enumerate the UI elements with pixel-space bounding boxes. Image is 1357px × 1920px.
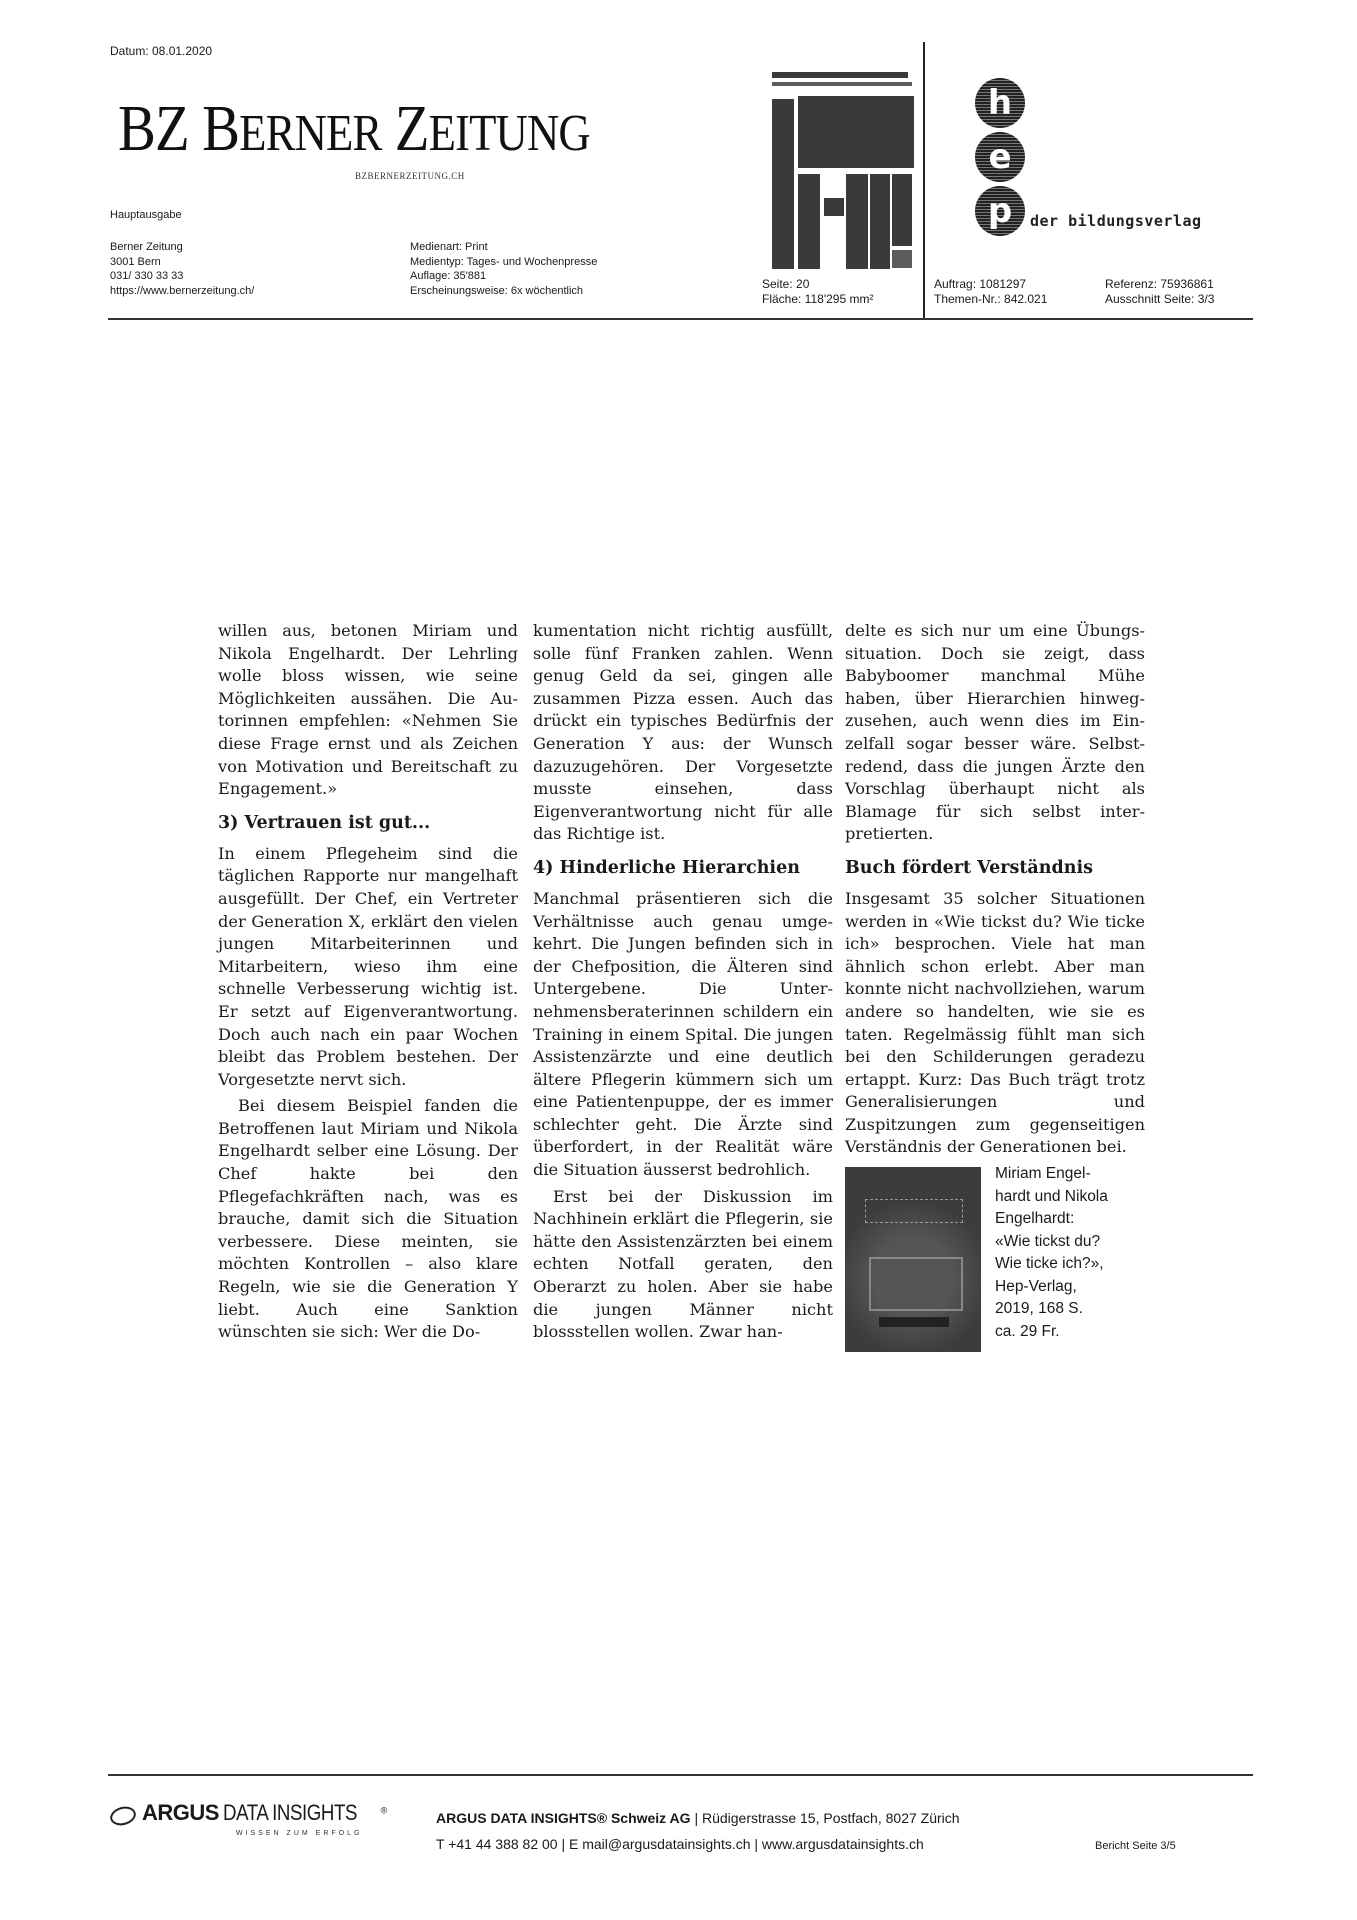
paragraph: Insgesamt 35 solcher Situatio­nen werden…: [845, 888, 1145, 1159]
masthead-z: Z: [395, 92, 429, 165]
publisher-url: https://www.bernerzeitung.ch/: [110, 284, 254, 299]
eye-icon: [108, 1804, 138, 1828]
order-number: Auftrag: 1081297: [934, 277, 1047, 292]
section-heading: 4) Hinderliche Hierarchien: [533, 856, 833, 880]
caption-line: Wie ticke ich?»,: [995, 1253, 1108, 1276]
book-caption: Miriam Engel- hardt und Nikola Engelhard…: [995, 1163, 1108, 1352]
book-cover-image: [845, 1167, 981, 1352]
media-info: Medienart: Print Medientyp: Tages- und W…: [410, 240, 597, 298]
hep-circle-e: e: [975, 132, 1025, 182]
article-column-3: delte es sich nur um eine Übungs­situati…: [845, 620, 1145, 1352]
article-column-1: willen aus, betonen Miriam und Nikola En…: [218, 620, 518, 1344]
logo-bold-text: ARGUS: [142, 1800, 219, 1825]
publisher-city: 3001 Bern: [110, 255, 254, 270]
book-info: Miriam Engel- hardt und Nikola Engelhard…: [845, 1167, 1145, 1352]
reference-number: Referenz: 75936861: [1105, 277, 1214, 292]
paragraph: Manchmal präsentieren sich die Verhältni…: [533, 888, 833, 1182]
paragraph: kumentation nicht richtig aus­füllt, sol…: [533, 620, 833, 846]
edition-label: Hauptausgabe: [110, 209, 182, 221]
caption-line: Engelhardt:: [995, 1208, 1108, 1231]
footer-contact: T +41 44 388 82 00 | E mail@argusdatains…: [436, 1836, 924, 1852]
footer-rule: [108, 1774, 1253, 1776]
media-typ: Medientyp: Tages- und Wochenpresse: [410, 255, 597, 270]
hep-tagline: der bildungsverlag: [1030, 212, 1202, 230]
newspaper-masthead: BZ BERNER ZEITUNG: [118, 96, 590, 167]
paragraph: Erst bei der Diskussion im Nachhinein er…: [533, 1186, 833, 1344]
footer-address: ARGUS DATA INSIGHTS® Schweiz AG | Rüdige…: [436, 1810, 960, 1826]
header-divider: [923, 42, 925, 320]
paragraph: In einem Pflegeheim sind die täglichen R…: [218, 843, 518, 1092]
page-thumbnail: [764, 44, 916, 258]
page-number: Seite: 20: [762, 277, 873, 292]
masthead-b: B: [202, 92, 239, 165]
registered-mark: ®: [381, 1806, 388, 1816]
date-label: Datum: 08.01.2020: [110, 44, 212, 58]
report-page: Bericht Seite 3/5: [1095, 1840, 1176, 1852]
caption-line: ca. 29 Fr.: [995, 1321, 1108, 1344]
publisher-name: Berner Zeitung: [110, 240, 254, 255]
reference-info: Referenz: 75936861 Ausschnitt Seite: 3/3: [1105, 277, 1214, 307]
hep-logo: h e p: [975, 78, 1025, 240]
logo-thin-text: DATA INSIGHTS: [223, 1800, 357, 1826]
paragraph: Bei diesem Beispiel fanden die Betroffen…: [218, 1095, 518, 1344]
section-heading: 3) Vertrauen ist gut...: [218, 811, 518, 835]
masthead-url: BZBERNERZEITUNG.CH: [355, 171, 465, 181]
paragraph: delte es sich nur um eine Übungs­situati…: [845, 620, 1145, 846]
caption-line: «Wie tickst du?: [995, 1231, 1108, 1254]
hep-circle-h: h: [975, 78, 1025, 128]
argus-slogan: WISSEN ZUM ERFOLG: [236, 1830, 362, 1837]
header-rule: [108, 318, 1253, 320]
article-column-2: kumentation nicht richtig aus­füllt, sol…: [533, 620, 833, 1344]
topic-number: Themen-Nr.: 842.021: [934, 292, 1047, 307]
publisher-info: Berner Zeitung 3001 Bern 031/ 330 33 33 …: [110, 240, 254, 298]
paragraph: willen aus, betonen Miriam und Nikola En…: [218, 620, 518, 801]
page-info: Seite: 20 Fläche: 118'295 mm²: [762, 277, 873, 307]
publisher-phone: 031/ 330 33 33: [110, 269, 254, 284]
media-erscheinung: Erscheinungsweise: 6x wöchentlich: [410, 284, 597, 299]
masthead-bz: BZ: [118, 92, 189, 165]
page-area: Fläche: 118'295 mm²: [762, 292, 873, 307]
section-heading: Buch fördert Verständnis: [845, 856, 1145, 880]
media-auflage: Auflage: 35'881: [410, 269, 597, 284]
clipping-page: Ausschnitt Seite: 3/3: [1105, 292, 1214, 307]
company-name: ARGUS DATA INSIGHTS® Schweiz AG: [436, 1810, 691, 1826]
masthead-eitung: EITUNG: [429, 105, 590, 162]
hep-circle-p: p: [975, 186, 1025, 236]
masthead-erner: ERNER: [239, 105, 381, 162]
company-address: | Rüdigerstrasse 15, Postfach, 8027 Züri…: [691, 1810, 960, 1826]
caption-line: Miriam Engel-: [995, 1163, 1108, 1186]
caption-line: 2019, 168 S.: [995, 1298, 1108, 1321]
argus-logo: ARGUS DATA INSIGHTS®: [110, 1800, 387, 1826]
order-info: Auftrag: 1081297 Themen-Nr.: 842.021: [934, 277, 1047, 307]
media-art: Medienart: Print: [410, 240, 597, 255]
caption-line: Hep-Verlag,: [995, 1276, 1108, 1299]
caption-line: hardt und Nikola: [995, 1186, 1108, 1209]
